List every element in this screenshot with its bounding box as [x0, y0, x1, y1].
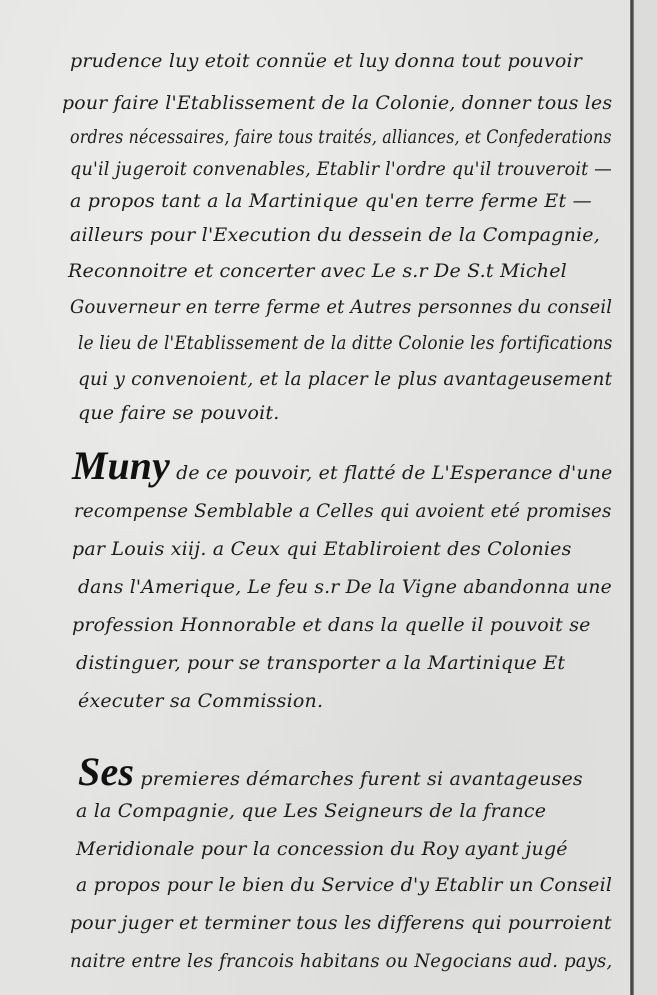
- manuscript-line: Ses premieres démarches furent si avanta…: [78, 752, 583, 792]
- manuscript-line: éxecuter sa Commission.: [78, 692, 323, 711]
- manuscript-line: qui y convenoient, et la placer le plus …: [78, 370, 612, 389]
- manuscript-line-text: premieres démarches furent si avantageus…: [140, 768, 582, 790]
- manuscript-line: distinguer, pour se transporter a la Mar…: [76, 654, 565, 673]
- manuscript-line: que faire se pouvoit.: [78, 404, 279, 423]
- manuscript-line: pour faire l'Etablissement de la Colonie…: [62, 94, 612, 113]
- manuscript-line: a propos tant a la Martinique qu'en terr…: [70, 192, 592, 211]
- manuscript-line-text: de ce pouvoir, et flatté de L'Esperance …: [176, 462, 612, 484]
- manuscript-text: prudence luy etoit connüe et luy donna t…: [0, 0, 630, 995]
- manuscript-line: naitre entre les francois habitans ou Ne…: [70, 952, 612, 971]
- manuscript-line: Meridionale pour la concession du Roy ay…: [76, 840, 568, 859]
- manuscript-line: pour juger et terminer tous les differen…: [70, 914, 612, 933]
- manuscript-line: Gouverneur en terre ferme et Autres pers…: [70, 298, 612, 317]
- decorative-initial: Muny: [72, 443, 170, 488]
- manuscript-line: qu'il jugeroit convenables, Etablir l'or…: [70, 160, 612, 179]
- manuscript-line: dans l'Amerique, Le feu s.r De la Vigne …: [78, 578, 612, 597]
- manuscript-page: prudence luy etoit connüe et luy donna t…: [0, 0, 657, 995]
- manuscript-line: ailleurs pour l'Execution du dessein de …: [70, 226, 600, 245]
- manuscript-line: prudence luy etoit connüe et luy donna t…: [70, 52, 582, 71]
- manuscript-line: Reconnoitre et concerter avec Le s.r De …: [68, 262, 567, 281]
- manuscript-line: recompense Semblable a Celles qui avoien…: [74, 502, 612, 521]
- manuscript-line: profession Honnorable et dans la quelle …: [72, 616, 591, 635]
- page-outer-margin: [634, 0, 657, 995]
- manuscript-line: ordres nécessaires, faire tous traités, …: [70, 128, 612, 147]
- manuscript-line: le lieu de l'Etablissement de la ditte C…: [78, 334, 612, 353]
- manuscript-line: Muny de ce pouvoir, et flatté de L'Esper…: [72, 446, 613, 486]
- manuscript-line: a propos pour le bien du Service d'y Eta…: [76, 876, 612, 895]
- manuscript-line: par Louis xiij. a Ceux qui Etabliroient …: [72, 540, 572, 559]
- manuscript-line: a la Compagnie, que Les Seigneurs de la …: [76, 802, 546, 821]
- decorative-initial: Ses: [78, 749, 134, 794]
